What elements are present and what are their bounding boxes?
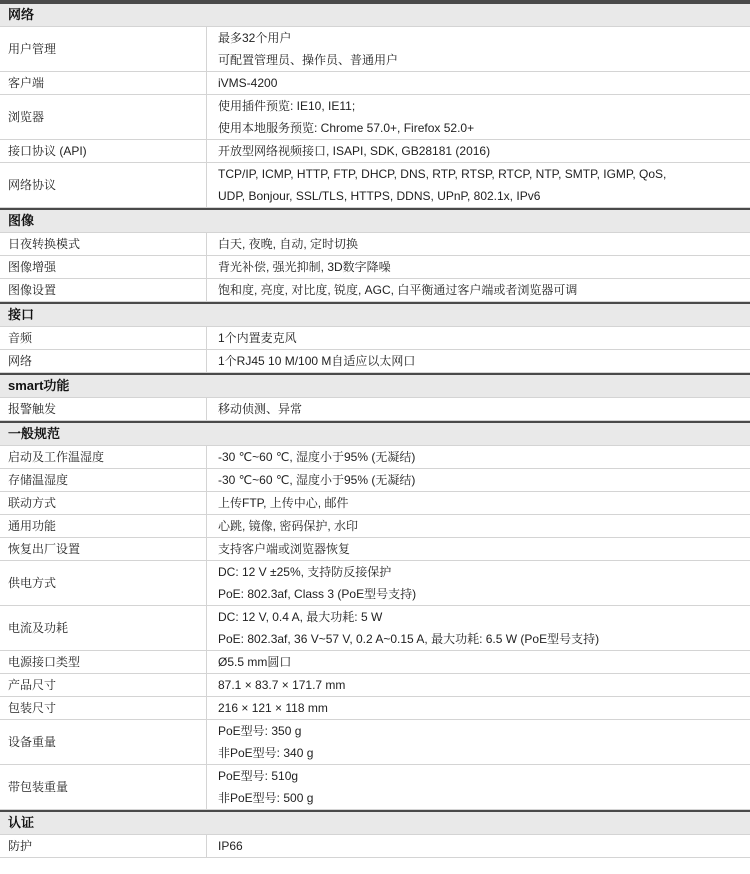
spec-value: 背光补偿, 强光抑制, 3D数字降噪	[207, 256, 750, 278]
spec-value-line: PoE: 802.3af, Class 3 (PoE型号支持)	[218, 583, 750, 605]
spec-value: 饱和度, 亮度, 对比度, 锐度, AGC, 白平衡通过客户端或者浏览器可调	[207, 279, 750, 301]
spec-label: 网络协议	[0, 163, 207, 207]
spec-value-line: PoE型号: 510g	[218, 765, 750, 787]
spec-value-line: 移动侦测、异常	[218, 398, 750, 420]
spec-label: 设备重量	[0, 720, 207, 764]
section-header: 认证	[0, 810, 750, 835]
spec-label: 包装尺寸	[0, 697, 207, 719]
spec-label: 接口协议 (API)	[0, 140, 207, 162]
spec-label: 启动及工作温湿度	[0, 446, 207, 468]
spec-row: 图像增强背光补偿, 强光抑制, 3D数字降噪	[0, 256, 750, 279]
spec-value-line: IP66	[218, 835, 750, 857]
spec-value-line: 216 × 121 × 118 mm	[218, 697, 750, 719]
spec-value-line: 支持客户端或浏览器恢复	[218, 538, 750, 560]
spec-value-line: 饱和度, 亮度, 对比度, 锐度, AGC, 白平衡通过客户端或者浏览器可调	[218, 279, 750, 301]
spec-row: 网络1个RJ45 10 M/100 M自适应以太网口	[0, 350, 750, 373]
spec-row: 客户端iVMS-4200	[0, 72, 750, 95]
spec-label: 防护	[0, 835, 207, 857]
spec-row: 通用功能心跳, 镜像, 密码保护, 水印	[0, 515, 750, 538]
spec-value: -30 ℃~60 ℃, 湿度小于95% (无凝结)	[207, 469, 750, 491]
spec-value: Ø5.5 mm圆口	[207, 651, 750, 673]
spec-label: 网络	[0, 350, 207, 372]
spec-value-line: TCP/IP, ICMP, HTTP, FTP, DHCP, DNS, RTP,…	[218, 163, 750, 185]
spec-row: 包装尺寸216 × 121 × 118 mm	[0, 697, 750, 720]
spec-row: 报警触发移动侦测、异常	[0, 398, 750, 421]
spec-row: 恢复出厂设置支持客户端或浏览器恢复	[0, 538, 750, 561]
spec-value-line: -30 ℃~60 ℃, 湿度小于95% (无凝结)	[218, 446, 750, 468]
spec-value-line: 使用插件预览: IE10, IE11;	[218, 95, 750, 117]
spec-row: 浏览器使用插件预览: IE10, IE11;使用本地服务预览: Chrome 5…	[0, 95, 750, 140]
spec-value-line: 1个内置麦克风	[218, 327, 750, 349]
spec-label: 图像设置	[0, 279, 207, 301]
spec-label: 通用功能	[0, 515, 207, 537]
spec-value: DC: 12 V, 0.4 A, 最大功耗: 5 WPoE: 802.3af, …	[207, 606, 750, 650]
spec-table: 网络用户管理最多32个用户可配置管理员、操作员、普通用户客户端iVMS-4200…	[0, 0, 750, 858]
spec-value: 1个RJ45 10 M/100 M自适应以太网口	[207, 350, 750, 372]
spec-value-line: 背光补偿, 强光抑制, 3D数字降噪	[218, 256, 750, 278]
spec-label: 图像增强	[0, 256, 207, 278]
spec-label: 报警触发	[0, 398, 207, 420]
spec-label: 客户端	[0, 72, 207, 94]
spec-value-line: 使用本地服务预览: Chrome 57.0+, Firefox 52.0+	[218, 117, 750, 139]
spec-row: 联动方式上传FTP, 上传中心, 邮件	[0, 492, 750, 515]
section-header: 一般规范	[0, 421, 750, 446]
spec-row: 网络协议TCP/IP, ICMP, HTTP, FTP, DHCP, DNS, …	[0, 163, 750, 208]
spec-value-line: PoE型号: 350 g	[218, 720, 750, 742]
spec-value: 心跳, 镜像, 密码保护, 水印	[207, 515, 750, 537]
spec-row: 产品尺寸87.1 × 83.7 × 171.7 mm	[0, 674, 750, 697]
spec-value-line: 87.1 × 83.7 × 171.7 mm	[218, 674, 750, 696]
spec-row: 启动及工作温湿度-30 ℃~60 ℃, 湿度小于95% (无凝结)	[0, 446, 750, 469]
spec-value-line: 心跳, 镜像, 密码保护, 水印	[218, 515, 750, 537]
spec-row: 电源接口类型Ø5.5 mm圆口	[0, 651, 750, 674]
spec-row: 用户管理最多32个用户可配置管理员、操作员、普通用户	[0, 27, 750, 72]
spec-row: 防护IP66	[0, 835, 750, 858]
spec-value: 上传FTP, 上传中心, 邮件	[207, 492, 750, 514]
spec-value: 移动侦测、异常	[207, 398, 750, 420]
spec-value-line: 白天, 夜晚, 自动, 定时切换	[218, 233, 750, 255]
spec-value-line: 非PoE型号: 500 g	[218, 787, 750, 809]
spec-value: 使用插件预览: IE10, IE11;使用本地服务预览: Chrome 57.0…	[207, 95, 750, 139]
spec-row: 接口协议 (API)开放型网络视频接口, ISAPI, SDK, GB28181…	[0, 140, 750, 163]
section-header: 接口	[0, 302, 750, 327]
spec-label: 用户管理	[0, 27, 207, 71]
spec-row: 电流及功耗DC: 12 V, 0.4 A, 最大功耗: 5 WPoE: 802.…	[0, 606, 750, 651]
spec-value: iVMS-4200	[207, 72, 750, 94]
spec-value-line: -30 ℃~60 ℃, 湿度小于95% (无凝结)	[218, 469, 750, 491]
spec-value-line: DC: 12 V, 0.4 A, 最大功耗: 5 W	[218, 606, 750, 628]
spec-value: 白天, 夜晚, 自动, 定时切换	[207, 233, 750, 255]
spec-row: 音频1个内置麦克风	[0, 327, 750, 350]
spec-label: 电流及功耗	[0, 606, 207, 650]
spec-value: -30 ℃~60 ℃, 湿度小于95% (无凝结)	[207, 446, 750, 468]
spec-value-line: 非PoE型号: 340 g	[218, 742, 750, 764]
spec-value-line: UDP, Bonjour, SSL/TLS, HTTPS, DDNS, UPnP…	[218, 185, 750, 207]
spec-value: IP66	[207, 835, 750, 857]
spec-value-line: 1个RJ45 10 M/100 M自适应以太网口	[218, 350, 750, 372]
spec-value: PoE型号: 510g非PoE型号: 500 g	[207, 765, 750, 809]
spec-label: 带包装重量	[0, 765, 207, 809]
spec-value-line: 开放型网络视频接口, ISAPI, SDK, GB28181 (2016)	[218, 140, 750, 162]
spec-value-line: DC: 12 V ±25%, 支持防反接保护	[218, 561, 750, 583]
section-header: smart功能	[0, 373, 750, 398]
spec-value: 87.1 × 83.7 × 171.7 mm	[207, 674, 750, 696]
spec-value: 216 × 121 × 118 mm	[207, 697, 750, 719]
spec-value-line: 最多32个用户	[218, 27, 750, 49]
spec-value: TCP/IP, ICMP, HTTP, FTP, DHCP, DNS, RTP,…	[207, 163, 750, 207]
spec-value: 最多32个用户可配置管理员、操作员、普通用户	[207, 27, 750, 71]
spec-value-line: 可配置管理员、操作员、普通用户	[218, 49, 750, 71]
spec-value-line: Ø5.5 mm圆口	[218, 651, 750, 673]
spec-row: 日夜转换模式白天, 夜晚, 自动, 定时切换	[0, 233, 750, 256]
spec-row: 设备重量PoE型号: 350 g非PoE型号: 340 g	[0, 720, 750, 765]
spec-row: 带包装重量PoE型号: 510g非PoE型号: 500 g	[0, 765, 750, 810]
spec-value-line: iVMS-4200	[218, 72, 750, 94]
spec-label: 恢复出厂设置	[0, 538, 207, 560]
spec-value: PoE型号: 350 g非PoE型号: 340 g	[207, 720, 750, 764]
spec-label: 存储温湿度	[0, 469, 207, 491]
spec-row: 供电方式DC: 12 V ±25%, 支持防反接保护PoE: 802.3af, …	[0, 561, 750, 606]
spec-value: 开放型网络视频接口, ISAPI, SDK, GB28181 (2016)	[207, 140, 750, 162]
spec-label: 音频	[0, 327, 207, 349]
spec-value-line: 上传FTP, 上传中心, 邮件	[218, 492, 750, 514]
spec-row: 图像设置饱和度, 亮度, 对比度, 锐度, AGC, 白平衡通过客户端或者浏览器…	[0, 279, 750, 302]
spec-value: DC: 12 V ±25%, 支持防反接保护PoE: 802.3af, Clas…	[207, 561, 750, 605]
spec-label: 联动方式	[0, 492, 207, 514]
spec-label: 日夜转换模式	[0, 233, 207, 255]
section-header: 图像	[0, 208, 750, 233]
spec-label: 浏览器	[0, 95, 207, 139]
spec-value: 支持客户端或浏览器恢复	[207, 538, 750, 560]
spec-row: 存储温湿度-30 ℃~60 ℃, 湿度小于95% (无凝结)	[0, 469, 750, 492]
spec-label: 电源接口类型	[0, 651, 207, 673]
spec-value-line: PoE: 802.3af, 36 V~57 V, 0.2 A~0.15 A, 最…	[218, 628, 750, 650]
spec-value: 1个内置麦克风	[207, 327, 750, 349]
section-header: 网络	[0, 0, 750, 27]
spec-label: 产品尺寸	[0, 674, 207, 696]
spec-label: 供电方式	[0, 561, 207, 605]
